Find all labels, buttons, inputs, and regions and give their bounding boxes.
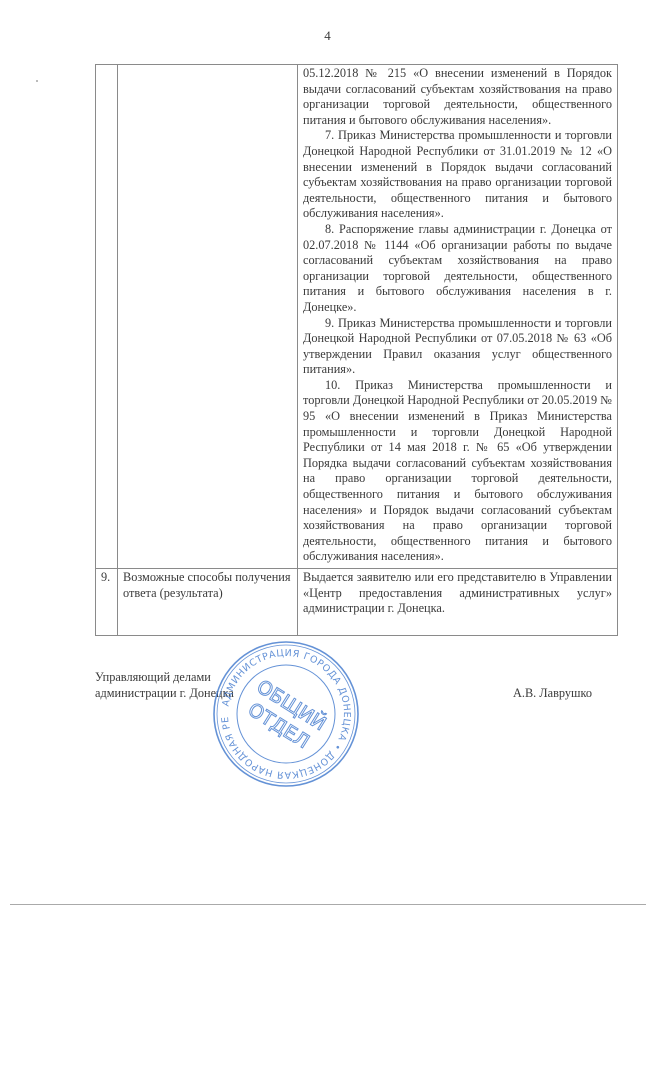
legal-basis-cell: 05.12.2018 № 215 «О внесении изменений в… — [298, 65, 618, 569]
legal-basis-item-8: 8. Распоряжение главы администрации г. Д… — [303, 222, 612, 316]
services-table: 05.12.2018 № 215 «О внесении изменений в… — [95, 64, 618, 636]
table-row-continued: 05.12.2018 № 215 «О внесении изменений в… — [96, 65, 618, 569]
scan-speck — [36, 80, 38, 82]
row-label-cell — [118, 65, 298, 569]
official-stamp-icon: АДМИНИСТРАЦИЯ ГОРОДА ДОНЕЦКА • ДОНЕЦКАЯ … — [212, 640, 360, 788]
legal-basis-item-10: 10. Приказ Министерства промышленности и… — [303, 378, 612, 565]
page-bottom-rule — [10, 904, 646, 905]
signature-name: А.В. Лаврушко — [513, 686, 592, 702]
table-row-9: 9. Возможные способы получения ответа (р… — [96, 569, 618, 636]
legal-basis-continuation: 05.12.2018 № 215 «О внесении изменений в… — [303, 66, 612, 128]
row-number-cell: 9. — [96, 569, 118, 636]
page-number: 4 — [0, 28, 655, 44]
row-value-cell: Выдается заявителю или его представителю… — [298, 569, 618, 636]
legal-basis-item-7: 7. Приказ Министерства промышленности и … — [303, 128, 612, 222]
row-label-cell: Возможные способы получения ответа (резу… — [118, 569, 298, 636]
legal-basis-item-9: 9. Приказ Министерства промышленности и … — [303, 316, 612, 378]
row-number-cell — [96, 65, 118, 569]
